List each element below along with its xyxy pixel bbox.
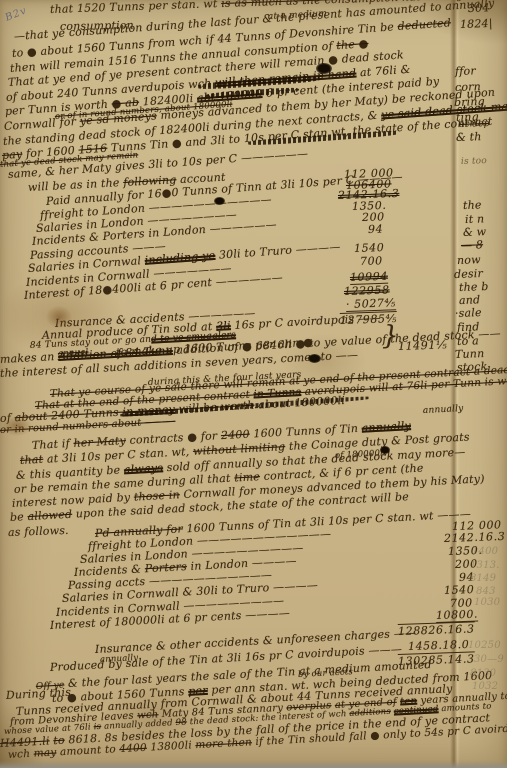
manuscript-line: 1540 <box>444 584 475 597</box>
manuscript-line: 1313. <box>470 560 500 571</box>
paper-stain <box>2 416 32 436</box>
manuscript-line: 30—9 <box>474 654 504 665</box>
manuscript-line: or dep <box>459 120 490 131</box>
manuscript-line: is too <box>461 157 487 168</box>
manuscript-line: 1400 <box>472 546 498 557</box>
folio-label: B2v <box>4 5 29 24</box>
manuscript-line: · 5027⅘ <box>346 297 396 312</box>
manuscript-line: now <box>457 254 481 267</box>
manuscript-line: as follows. <box>8 525 69 539</box>
scan-bed-edge <box>0 761 507 768</box>
manuscript-line: & w <box>463 226 487 239</box>
manuscript-line: & th <box>456 131 482 144</box>
manuscript-line: corn <box>455 81 481 94</box>
manuscript-line: ffor <box>455 65 476 78</box>
manuscript-line: 2142.16.3 <box>444 531 506 545</box>
ink-blot <box>380 446 390 454</box>
manuscript-line: 1030 <box>474 597 500 608</box>
manuscript-page: B2v that 1520 Tunns per stan. wt is as m… <box>0 0 507 768</box>
manuscript-line: 843 <box>476 586 496 597</box>
ink-blot <box>214 197 225 205</box>
manuscript-line: 8130 <box>470 668 496 679</box>
manuscript-line: annually <box>423 405 464 417</box>
manuscript-line: 94 <box>368 223 384 236</box>
manuscript-line: and <box>459 294 481 307</box>
manuscript-line: bring <box>454 96 485 109</box>
manuscript-line: Tunn <box>455 348 485 361</box>
manuscript-line: 1540 <box>354 242 385 255</box>
manuscript-line: ·sale <box>455 307 482 320</box>
manuscript-line: the b <box>459 281 489 294</box>
manuscript-line: desir <box>454 268 483 281</box>
manuscript-line: stock <box>457 361 488 374</box>
ink-blot <box>316 63 332 74</box>
manuscript-line: 8149 <box>470 573 496 584</box>
paper-stain <box>46 306 72 328</box>
manuscript-line: 700 <box>360 255 383 268</box>
manuscript-line: it n <box>465 213 485 226</box>
manuscript-line: 304 <box>468 2 490 15</box>
manuscript-line: 10250 <box>468 640 501 651</box>
manuscript-line: the <box>463 199 482 212</box>
manuscript-line: find <box>457 321 480 334</box>
manuscript-line: — 8 <box>461 239 484 252</box>
manuscript-line: 1824| <box>460 18 493 31</box>
ink-blot <box>308 354 321 363</box>
manuscript-line: to a <box>457 335 479 348</box>
manuscript-line: 1032 <box>472 681 498 692</box>
